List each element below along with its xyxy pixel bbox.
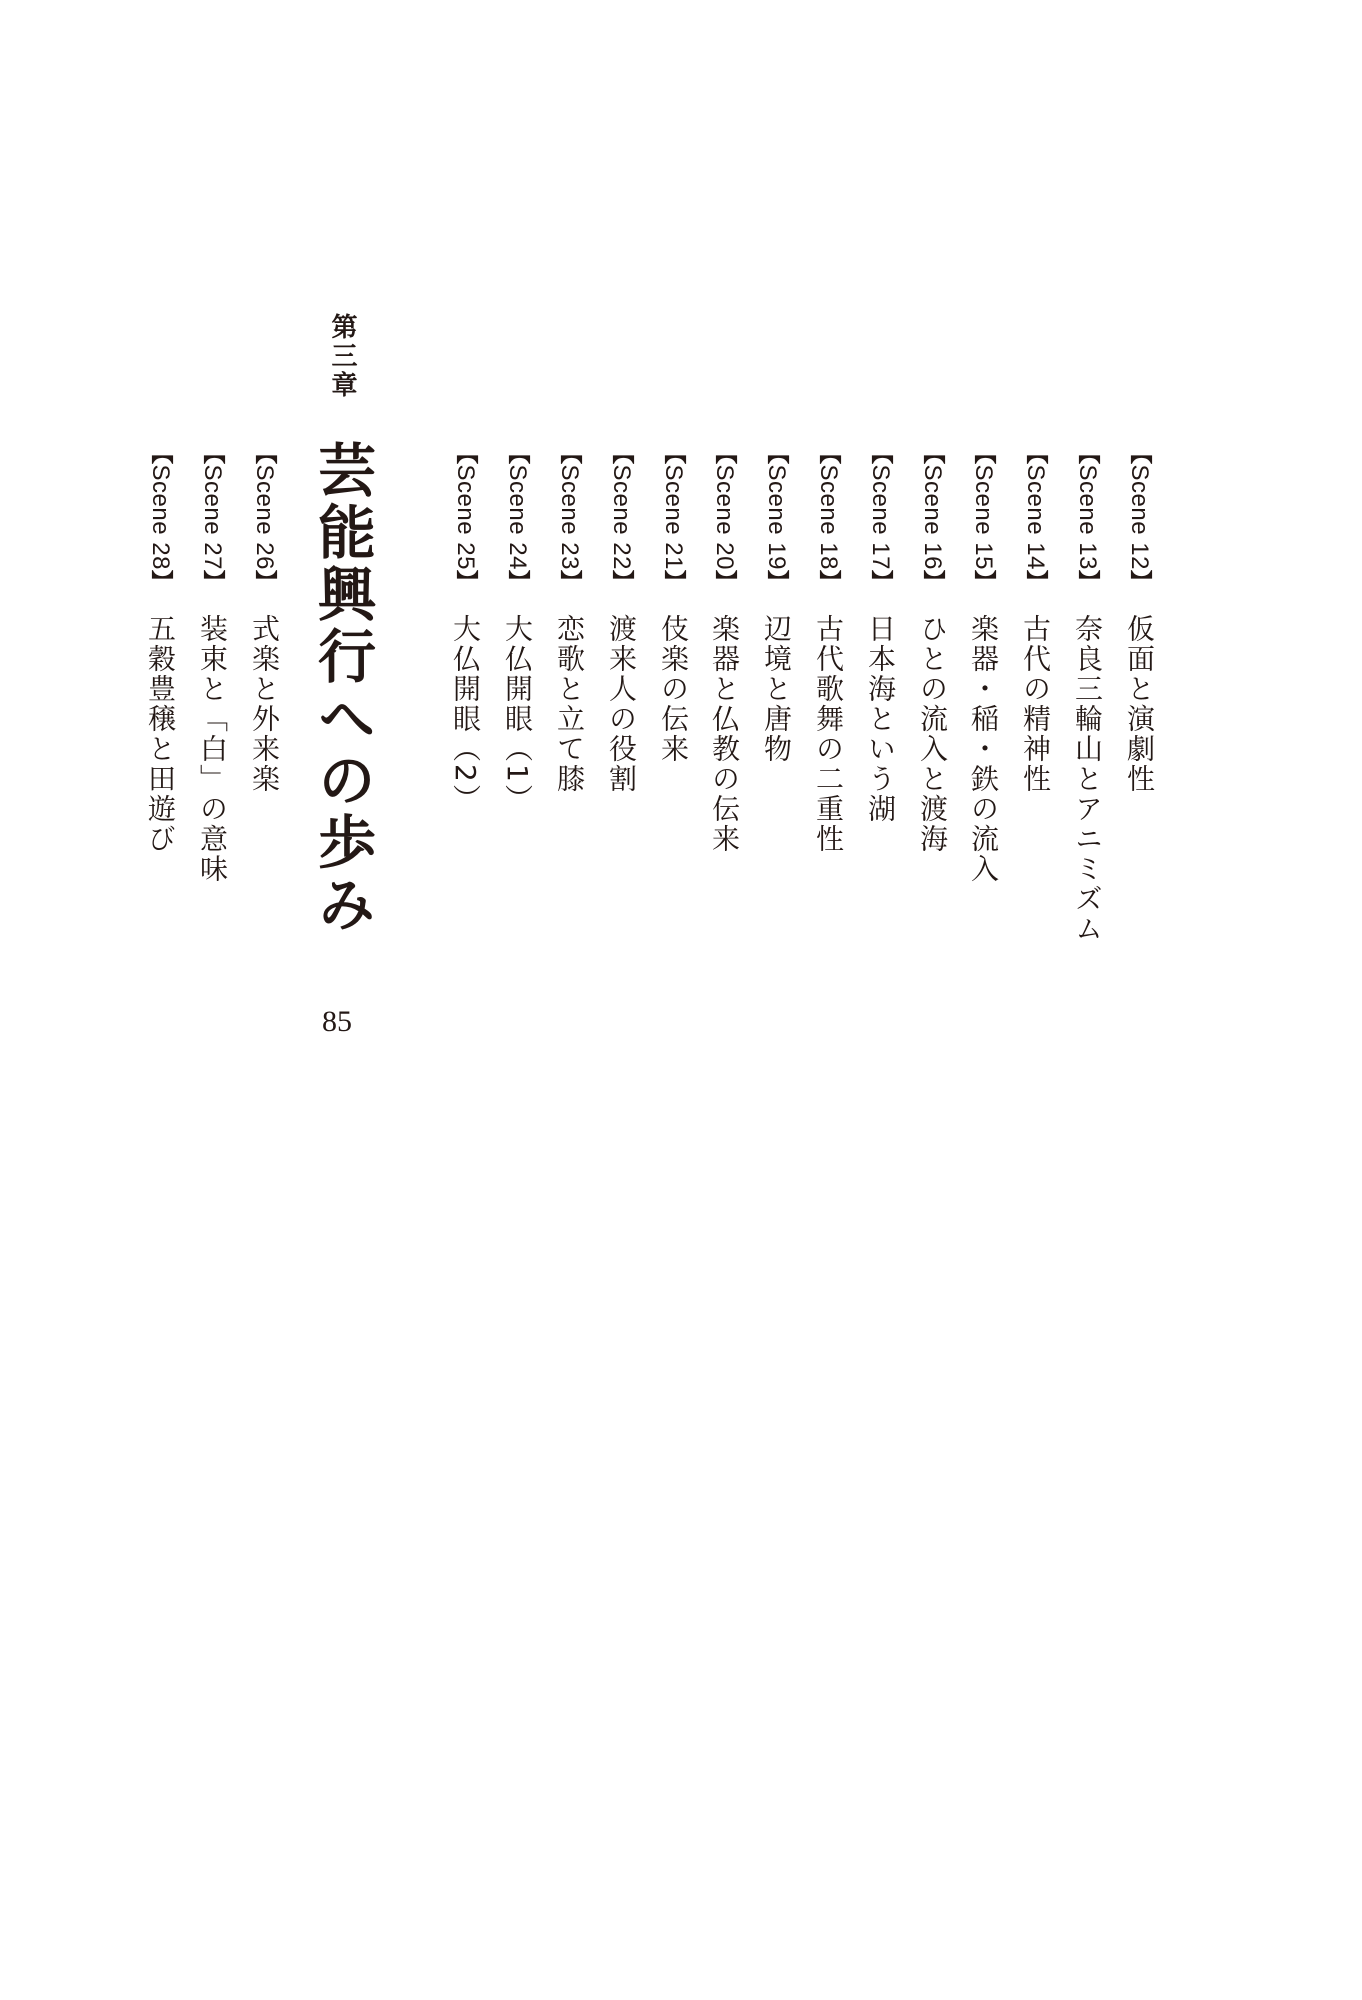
toc-entry-scene-14: 【Scene 14】古代の精神性	[1019, 442, 1051, 794]
toc-entry-scene-21: 【Scene 21】伎楽の伝来	[657, 442, 689, 764]
scene-title: 伎楽の伝来	[657, 614, 689, 764]
close-bracket: 】	[505, 570, 530, 593]
scene-label: 【Scene 12】	[1123, 442, 1155, 602]
open-bracket: 【	[252, 442, 277, 465]
close-bracket: 】	[712, 570, 737, 593]
scene-title: 古代の精神性	[1019, 614, 1051, 794]
open-bracket: 【	[816, 442, 841, 465]
open-bracket: 【	[868, 442, 893, 465]
scene-label: 【Scene 27】	[196, 442, 228, 602]
scene-title: 大仏開眼（2）	[449, 614, 481, 814]
scene-label: 【Scene 18】	[812, 442, 844, 602]
close-bracket: 】	[1127, 570, 1152, 593]
open-bracket: 【	[453, 442, 478, 465]
close-bracket: 】	[920, 570, 945, 593]
toc-entry-scene-27: 【Scene 27】装束と「白」の意味	[196, 442, 228, 884]
scene-title: 日本海という湖	[864, 614, 896, 824]
close-bracket: 】	[868, 570, 893, 593]
scene-number: Scene 25	[452, 465, 479, 570]
scene-label: 【Scene 26】	[248, 442, 280, 602]
close-bracket: 】	[453, 570, 478, 593]
toc-entry-scene-19: 【Scene 19】辺境と唐物	[760, 442, 792, 764]
open-bracket: 【	[1127, 442, 1152, 465]
scene-title: 式楽と外来楽	[248, 614, 280, 794]
open-bracket: 【	[661, 442, 686, 465]
toc-entry-scene-20: 【Scene 20】楽器と仏教の伝来	[708, 442, 740, 854]
close-bracket: 】	[971, 570, 996, 593]
close-bracket: 】	[764, 570, 789, 593]
open-bracket: 【	[764, 442, 789, 465]
scene-number: Scene 27	[199, 465, 226, 570]
scene-number: Scene 13	[1074, 465, 1101, 570]
toc-entry-scene-13: 【Scene 13】奈良三輪山とアニミズム	[1071, 442, 1103, 944]
scene-number: Scene 16	[919, 465, 946, 570]
close-bracket: 】	[557, 570, 582, 593]
scene-number: Scene 23	[556, 465, 583, 570]
scene-title: 仮面と演劇性	[1123, 614, 1155, 794]
close-bracket: 】	[1023, 570, 1048, 593]
scene-number: Scene 24	[504, 465, 531, 570]
scene-number: Scene 15	[970, 465, 997, 570]
chapter-title: 芸能興行への歩み	[310, 440, 374, 936]
scene-number: Scene 26	[251, 465, 278, 570]
scene-label: 【Scene 28】	[144, 442, 176, 602]
scene-label: 【Scene 13】	[1071, 442, 1103, 602]
scene-label: 【Scene 20】	[708, 442, 740, 602]
open-bracket: 【	[505, 442, 530, 465]
close-bracket: 】	[1075, 570, 1100, 593]
scene-title: 辺境と唐物	[760, 614, 792, 764]
scene-title: 五穀豊穣と田遊び	[144, 614, 176, 854]
page-number: 85	[322, 1004, 352, 1040]
open-bracket: 【	[971, 442, 996, 465]
close-bracket: 】	[816, 570, 841, 593]
open-bracket: 【	[920, 442, 945, 465]
scene-number: Scene 18	[815, 465, 842, 570]
open-bracket: 【	[1023, 442, 1048, 465]
close-bracket: 】	[609, 570, 634, 593]
toc-entry-scene-26: 【Scene 26】式楽と外来楽	[248, 442, 280, 794]
scene-number: Scene 19	[763, 465, 790, 570]
toc-entry-scene-22: 【Scene 22】渡来人の役割	[605, 442, 637, 794]
scene-title: 渡来人の役割	[605, 614, 637, 794]
scene-title: 装束と「白」の意味	[196, 614, 228, 884]
close-bracket: 】	[252, 570, 277, 593]
scene-number: Scene 20	[711, 465, 738, 570]
scene-title: 楽器・稲・鉄の流入	[967, 614, 999, 884]
scene-title: ひとの流入と渡海	[916, 614, 948, 854]
scene-label: 【Scene 16】	[916, 442, 948, 602]
scene-label: 【Scene 17】	[864, 442, 896, 602]
scene-title: 大仏開眼（1）	[501, 614, 533, 814]
scene-title: 楽器と仏教の伝来	[708, 614, 740, 854]
scene-label: 【Scene 22】	[605, 442, 637, 602]
scene-title: 古代歌舞の二重性	[812, 614, 844, 854]
open-bracket: 【	[712, 442, 737, 465]
scene-label: 【Scene 15】	[967, 442, 999, 602]
chapter-number: 第三章	[326, 313, 358, 400]
toc-entry-scene-12: 【Scene 12】仮面と演劇性	[1123, 442, 1155, 794]
scene-number: Scene 22	[608, 465, 635, 570]
toc-entry-scene-16: 【Scene 16】ひとの流入と渡海	[916, 442, 948, 854]
scene-label: 【Scene 14】	[1019, 442, 1051, 602]
toc-entry-scene-24: 【Scene 24】大仏開眼（1）	[501, 442, 533, 814]
toc-entry-scene-25: 【Scene 25】大仏開眼（2）	[449, 442, 481, 814]
scene-number: Scene 12	[1126, 465, 1153, 570]
close-bracket: 】	[200, 570, 225, 593]
toc-entry-scene-23: 【Scene 23】恋歌と立て膝	[553, 442, 585, 794]
open-bracket: 【	[200, 442, 225, 465]
toc-entry-scene-28: 【Scene 28】五穀豊穣と田遊び	[144, 442, 176, 854]
scene-label: 【Scene 23】	[553, 442, 585, 602]
scene-label: 【Scene 19】	[760, 442, 792, 602]
toc-entry-scene-18: 【Scene 18】古代歌舞の二重性	[812, 442, 844, 854]
open-bracket: 【	[609, 442, 634, 465]
open-bracket: 【	[557, 442, 582, 465]
scene-number: Scene 21	[660, 465, 687, 570]
toc-entry-scene-15: 【Scene 15】楽器・稲・鉄の流入	[967, 442, 999, 884]
open-bracket: 【	[148, 442, 173, 465]
scene-title: 奈良三輪山とアニミズム	[1071, 614, 1103, 944]
close-bracket: 】	[148, 570, 173, 593]
scene-number: Scene 28	[147, 465, 174, 570]
close-bracket: 】	[661, 570, 686, 593]
scene-label: 【Scene 24】	[501, 442, 533, 602]
open-bracket: 【	[1075, 442, 1100, 465]
scene-number: Scene 14	[1022, 465, 1049, 570]
scene-label: 【Scene 25】	[449, 442, 481, 602]
scene-number: Scene 17	[867, 465, 894, 570]
scene-label: 【Scene 21】	[657, 442, 689, 602]
toc-entry-scene-17: 【Scene 17】日本海という湖	[864, 442, 896, 824]
scene-title: 恋歌と立て膝	[553, 614, 585, 794]
